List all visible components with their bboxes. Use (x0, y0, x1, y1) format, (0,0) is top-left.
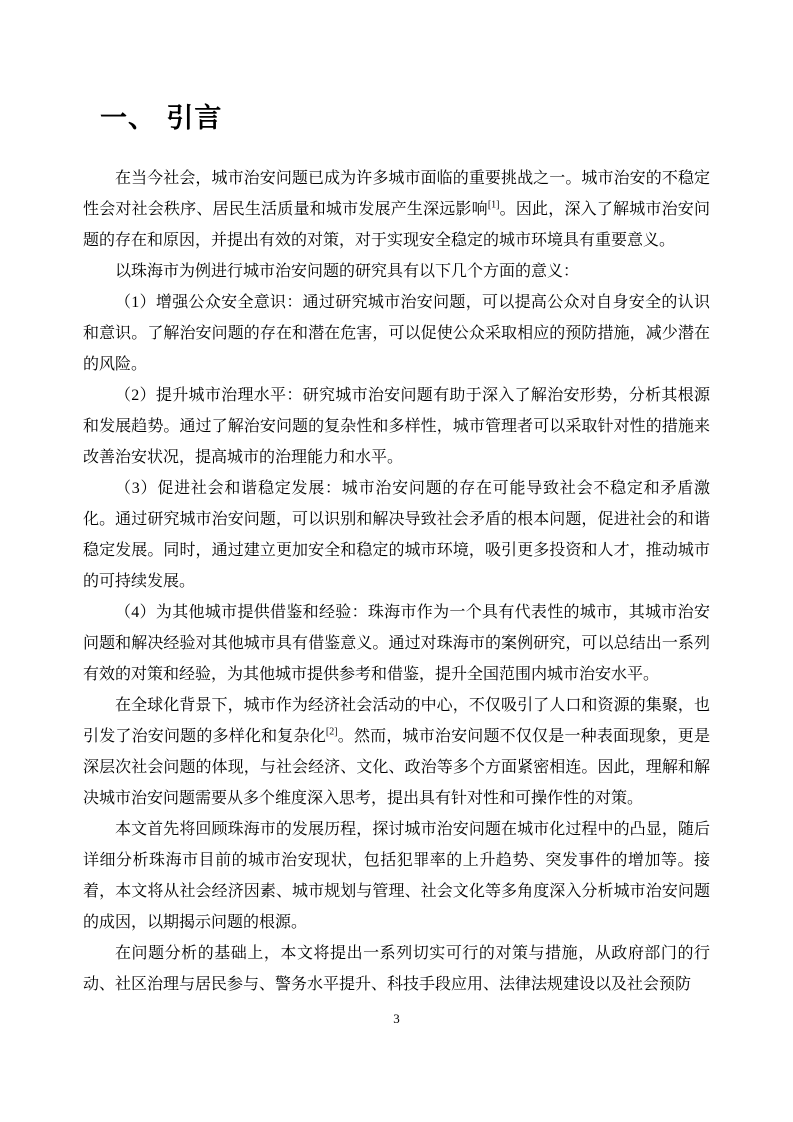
paragraph-lead-in: 以珠海市为例进行城市治安问题的研究具有以下几个方面的意义： (83, 256, 710, 287)
paragraph-countermeasures: 在问题分析的基础上，本文将提出一系列切实可行的对策与措施，从政府部门的行动、社区… (83, 938, 710, 1000)
paragraph-globalization: 在全球化背景下，城市作为经济社会活动的中心，不仅吸引了人口和资源的集聚，也引发了… (83, 690, 710, 814)
section-heading: 一、 引言 (100, 103, 710, 135)
document-page: 一、 引言 在当今社会，城市治安问题已成为许多城市面临的重要挑战之一。城市治安的… (0, 0, 793, 1122)
paragraph-text: 以珠海市为例进行城市治安问题的研究具有以下几个方面的意义： (115, 263, 579, 280)
paragraph-text: 本文首先将回顾珠海市的发展历程，探讨城市治安问题在城市化过程中的凸显，随后详细分… (83, 821, 710, 931)
paragraph-point-2: （2）提升城市治理水平：研究城市治安问题有助于深入了解治安形势，分析其根源和发展… (83, 380, 710, 473)
paragraph-text: （4）为其他城市提供借鉴和经验：珠海市作为一个具有代表性的城市，其城市治安问题和… (83, 604, 710, 683)
paragraph-text: （1）增强公众安全意识：通过研究城市治安问题，可以提高公众对自身安全的认识和意识… (83, 294, 710, 373)
paragraph-structure-overview: 本文首先将回顾珠海市的发展历程，探讨城市治安问题在城市化过程中的凸显，随后详细分… (83, 814, 710, 938)
paragraph-point-4: （4）为其他城市提供借鉴和经验：珠海市作为一个具有代表性的城市，其城市治安问题和… (83, 597, 710, 690)
paragraph-text: （3）促进社会和谐稳定发展：城市治安问题的存在可能导致社会不稳定和矛盾激化。通过… (83, 480, 710, 590)
citation-ref-2: [2] (326, 727, 338, 738)
page-number: 3 (0, 1010, 793, 1028)
paragraph-text: （2）提升城市治理水平：研究城市治安问题有助于深入了解治安形势，分析其根源和发展… (83, 387, 710, 466)
citation-ref-1: [1] (488, 200, 500, 211)
page-content: 一、 引言 在当今社会，城市治安问题已成为许多城市面临的重要挑战之一。城市治安的… (83, 0, 710, 1000)
paragraph-point-3: （3）促进社会和谐稳定发展：城市治安问题的存在可能导致社会不稳定和矛盾激化。通过… (83, 473, 710, 597)
body-text: 在当今社会，城市治安问题已成为许多城市面临的重要挑战之一。城市治安的不稳定性会对… (83, 163, 710, 1000)
paragraph-intro: 在当今社会，城市治安问题已成为许多城市面临的重要挑战之一。城市治安的不稳定性会对… (83, 163, 710, 256)
paragraph-text: 在问题分析的基础上，本文将提出一系列切实可行的对策与措施，从政府部门的行动、社区… (83, 945, 710, 993)
paragraph-point-1: （1）增强公众安全意识：通过研究城市治安问题，可以提高公众对自身安全的认识和意识… (83, 287, 710, 380)
